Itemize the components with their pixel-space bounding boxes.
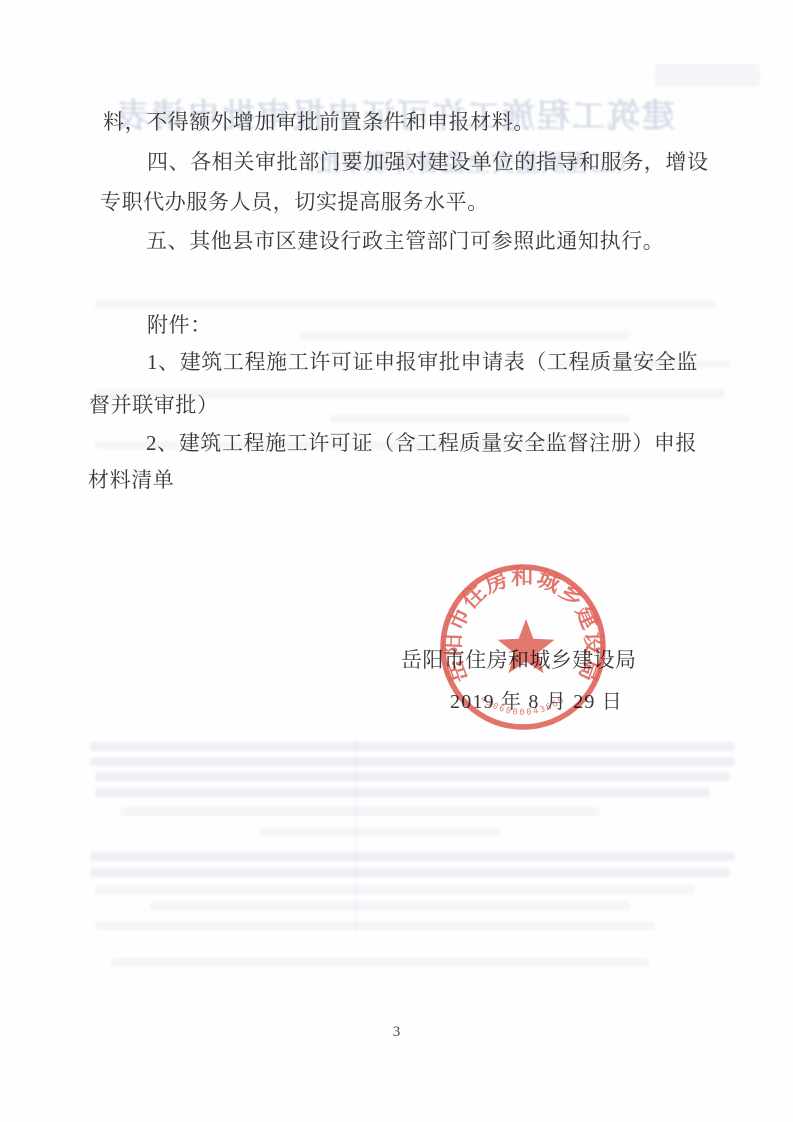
bleedthrough-noise bbox=[300, 331, 630, 340]
bleedthrough-noise bbox=[95, 885, 695, 894]
scanned-document-page: 建筑工程施工许可证申报审批申请表 （工程质量安全监督并联审批） 料，不得额外增加… bbox=[0, 0, 793, 1122]
attachment-item-1: 1、建筑工程施工许可证申报审批申请表（工程质量安全监 bbox=[147, 352, 698, 373]
body-line: 专职代办服务人员，切实提高服务水平。 bbox=[100, 192, 489, 213]
attachment-item-2: 2、建筑工程施工许可证（含工程质量安全监督注册）申报 bbox=[146, 433, 697, 454]
body-line: 料，不得额外增加审批前置条件和申报材料。 bbox=[103, 112, 535, 133]
bleedthrough-noise bbox=[90, 852, 735, 861]
body-line: 四、各相关审批部门要加强对建设单位的指导和服务，增设 bbox=[147, 152, 709, 173]
bleedthrough-noise bbox=[95, 922, 655, 930]
issue-date: 2019 年 8 月 29 日 bbox=[450, 685, 623, 714]
bleedthrough-noise bbox=[120, 807, 600, 816]
bleedthrough-noise bbox=[655, 64, 760, 86]
bleedthrough-noise bbox=[260, 828, 500, 837]
bleedthrough-noise bbox=[95, 788, 710, 797]
page-number: 3 bbox=[0, 1024, 793, 1041]
attachment-item-2-wrap: 材料清单 bbox=[88, 470, 174, 491]
bleedthrough-noise bbox=[95, 300, 715, 309]
attachment-item-1-wrap: 督并联审批） bbox=[89, 395, 219, 416]
bleedthrough-noise bbox=[110, 958, 650, 966]
bleedthrough-noise bbox=[90, 868, 730, 877]
attachments-heading: 附件： bbox=[147, 315, 212, 336]
issuer-name: 岳阳市住房和城乡建设局 bbox=[401, 644, 636, 674]
bleedthrough-noise bbox=[150, 901, 630, 910]
bleedthrough-noise bbox=[355, 740, 357, 932]
bleedthrough-noise bbox=[90, 757, 735, 766]
body-line: 五、其他县市区建设行政主管部门可参照此通知执行。 bbox=[146, 231, 664, 252]
bleedthrough-noise bbox=[90, 742, 735, 751]
bleedthrough-noise bbox=[330, 415, 630, 423]
bleedthrough-noise bbox=[95, 772, 730, 781]
